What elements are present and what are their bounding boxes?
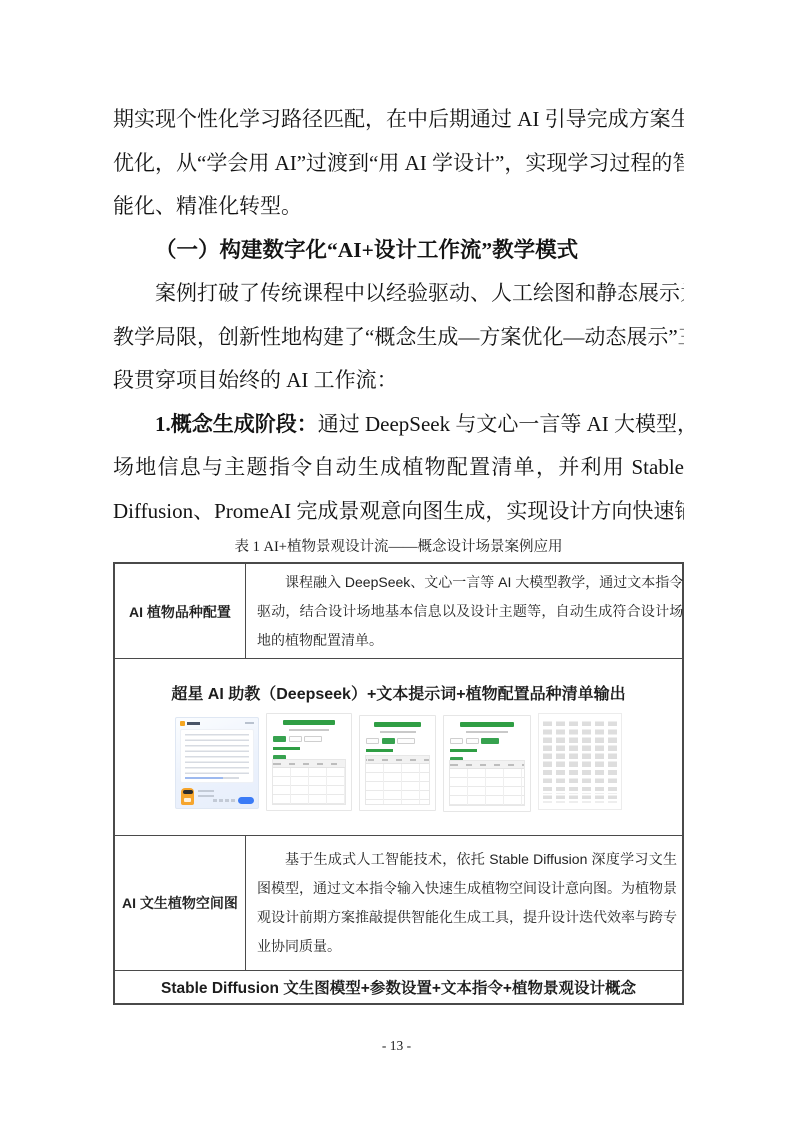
body-text-line: 案例打破了传统课程中以经验驱动、人工绘图和静态展示为主的 <box>113 272 684 316</box>
body-text-line: 期实现个性化学习路径匹配，在中后期通过 AI 引导完成方案生成与 <box>113 98 684 142</box>
cell-text-line: 业协同质量。 <box>257 932 677 961</box>
chat-response-panel <box>180 729 254 783</box>
ai-chat-screenshot-thumbnail <box>175 717 259 809</box>
screenshot-strip-heading: 超星 AI 助教（Deepseek）+文本提示词+植物配置品种清单输出 <box>115 683 682 707</box>
page-content: 期实现个性化学习路径匹配，在中后期通过 AI 引导完成方案生成与 优化，从“学会… <box>113 98 684 1005</box>
body-text-line: 优化，从“学会用 AI”过渡到“用 AI 学设计”，实现学习过程的智 <box>113 142 684 186</box>
doc-mini-table <box>272 759 346 805</box>
body-text-line: Diffusion、PromeAI 完成景观意向图生成，实现设计方向快速锚定。 <box>113 490 684 534</box>
dense-table-rows <box>543 719 617 804</box>
doc-active-tab <box>382 738 395 744</box>
chat-links-row <box>185 777 239 779</box>
doc-mini-table <box>365 755 430 805</box>
page-number: - 13 - <box>0 1038 793 1054</box>
doc-tab <box>366 738 379 744</box>
cell-text-line: 课程融入 DeepSeek、文心一言等 AI 大模型教学，通过文本指令 <box>257 568 683 597</box>
doc-tab <box>397 738 415 744</box>
doc-tab-buttons <box>450 738 524 744</box>
mini-table-header <box>366 756 429 764</box>
section-heading: （一）构建数字化“AI+设计工作流”教学模式 <box>113 229 684 273</box>
row-label-text-to-image: AI 文生植物空间图 <box>115 836 246 970</box>
document-page: 期实现个性化学习路径匹配，在中后期通过 AI 引导完成方案生成与 优化，从“学会… <box>0 0 793 1122</box>
cell-text-line: 驱动，结合设计场地基本信息以及设计主题等，自动生成符合设计场 <box>257 597 683 626</box>
row-body-text-to-image: 基于生成式人工智能技术，依托 Stable Diffusion 深度学习文生 图… <box>246 836 688 970</box>
mini-table-rows <box>450 769 524 805</box>
doc-tab <box>289 736 302 742</box>
plant-list-doc-thumbnail-2 <box>359 715 436 811</box>
doc-active-tab <box>481 738 499 744</box>
doc-green-title-bar <box>460 722 513 727</box>
cell-text-line: 地的植物配置清单。 <box>257 626 683 655</box>
chat-send-button-shape <box>238 797 254 804</box>
chat-caption-lines <box>198 790 214 798</box>
row-body-plant-config: 课程融入 DeepSeek、文心一言等 AI 大模型教学，通过文本指令 驱动，结… <box>246 564 694 659</box>
chat-header <box>180 721 254 726</box>
body-text-line: 段贯穿项目始终的 AI 工作流： <box>113 359 684 403</box>
workflow-table: AI 植物品种配置 课程融入 DeepSeek、文心一言等 AI 大模型教学，通… <box>113 562 684 1005</box>
doc-tab-buttons <box>366 738 429 744</box>
doc-mini-table <box>449 760 525 806</box>
paragraph-3-bold-lead: 1.概念生成阶段： <box>155 412 318 436</box>
chat-input-placeholder <box>213 799 235 802</box>
chat-mascot-icon <box>181 788 194 805</box>
plant-table-thumbnail <box>538 713 622 810</box>
doc-meta-line <box>466 731 507 733</box>
doc-tab <box>466 738 479 744</box>
cell-text-line: 图模型，通过文本指令输入快速生成植物空间设计意向图。为植物景 <box>257 874 677 903</box>
paragraph-2: 案例打破了传统课程中以经验驱动、人工绘图和静态展示为主的 教学局限，创新性地构建… <box>113 272 684 403</box>
table-row-plant-config: AI 植物品种配置 课程融入 DeepSeek、文心一言等 AI 大模型教学，通… <box>115 564 682 658</box>
doc-meta-line <box>380 731 416 733</box>
doc-green-title-bar <box>283 720 335 725</box>
body-text-line: 1.概念生成阶段：通过 DeepSeek 与文心一言等 AI 大模型，根据 <box>113 403 684 447</box>
table-caption: 表 1 AI+植物景观设计流——概念设计场景案例应用 <box>113 536 684 558</box>
mini-table-rows <box>273 768 345 804</box>
cell-text-line: 观设计前期方案推敲提供智能化生成工具，提升设计迭代效率与跨专 <box>257 903 677 932</box>
paragraph-3-line1-rest: 通过 DeepSeek 与文心一言等 AI 大模型，根据 <box>318 412 684 436</box>
plant-list-doc-thumbnail-3 <box>443 715 531 812</box>
plant-list-doc-thumbnail-1 <box>266 713 352 811</box>
cell-text-line: 基于生成式人工智能技术，依托 Stable Diffusion 深度学习文生 <box>257 845 677 874</box>
sd-pipeline-text: Stable Diffusion 文生图模型+参数设置+文本指令+植物景观设计概… <box>161 976 636 998</box>
paragraph-1: 期实现个性化学习路径匹配，在中后期通过 AI 引导完成方案生成与 优化，从“学会… <box>113 98 684 229</box>
table-row-sd-pipeline: Stable Diffusion 文生图模型+参数设置+文本指令+植物景观设计概… <box>115 970 682 1003</box>
body-text-line: 能化、精准化转型。 <box>113 185 684 229</box>
doc-tab-buttons <box>273 736 345 742</box>
doc-section-heading-bar <box>273 747 300 751</box>
chat-text-lines <box>185 734 249 774</box>
chat-menu-placeholder <box>245 722 254 724</box>
table-row-screenshots: 超星 AI 助教（Deepseek）+文本提示词+植物配置品种清单输出 <box>115 658 682 835</box>
table-row-text-to-image: AI 文生植物空间图 基于生成式人工智能技术，依托 Stable Diffusi… <box>115 835 682 970</box>
screenshot-strip <box>115 713 682 812</box>
doc-meta-line <box>289 729 329 731</box>
chat-title-placeholder <box>187 722 200 725</box>
row-label-plant-config: AI 植物品种配置 <box>115 564 246 659</box>
mini-table-header <box>450 761 524 769</box>
doc-green-title-bar <box>374 722 421 727</box>
doc-tab <box>304 736 322 742</box>
doc-tab <box>450 738 463 744</box>
doc-active-tab <box>273 736 286 742</box>
body-text-line: 教学局限，创新性地构建了“概念生成—方案优化—动态展示”三阶 <box>113 316 684 360</box>
doc-section-heading-bar <box>366 749 393 753</box>
mini-table-rows <box>366 764 429 804</box>
chat-app-logo-icon <box>180 721 185 726</box>
doc-section-heading-bar <box>450 749 477 753</box>
paragraph-3: 1.概念生成阶段：通过 DeepSeek 与文心一言等 AI 大模型，根据 场地… <box>113 403 684 534</box>
body-text-line: 场地信息与主题指令自动生成植物配置清单，并利用 Stable <box>113 446 684 490</box>
mini-table-header <box>273 760 345 768</box>
